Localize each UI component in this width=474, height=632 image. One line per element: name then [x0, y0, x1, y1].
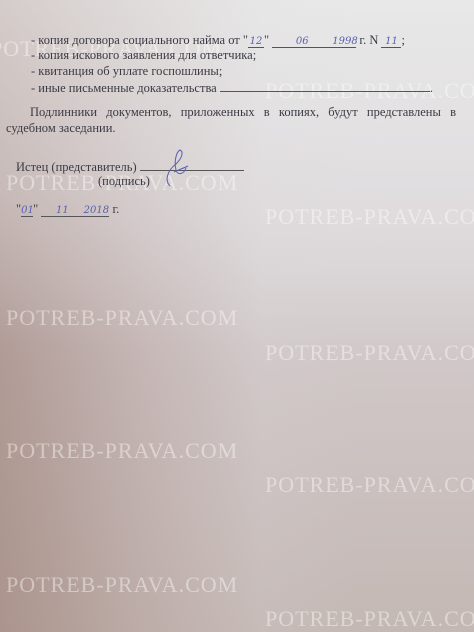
date-year: 2018 — [83, 205, 109, 217]
signature-line — [140, 158, 244, 171]
semicolon: ; — [401, 33, 404, 47]
originals-note: Подлинники документов, приложенных в коп… — [6, 104, 456, 136]
watermark: POTREB-PRAVA.COM — [6, 305, 238, 331]
signature-date: "01" 112018 г. — [16, 202, 119, 217]
plaintiff-label-text: Истец (представитель) — [16, 160, 137, 174]
year-abbrev: г. — [112, 202, 119, 216]
handwritten-signature — [160, 148, 190, 188]
date-day: 01 — [21, 205, 33, 217]
attachment-text: - иные письменные доказательства — [31, 81, 217, 95]
attachment-item-other-evidence: - иные письменные доказательства . — [31, 79, 433, 96]
quote-mark: " — [33, 202, 38, 216]
signature-caption: (подпись) — [98, 174, 150, 189]
attachment-item-fee-receipt: - квитанция об уплате госпошлины; — [31, 64, 222, 79]
contract-number: 11 — [381, 36, 401, 48]
watermark: POTREB-PRAVA.COM — [265, 472, 474, 498]
attachment-item-claim-copy: - копия искового заявления для ответчика… — [31, 48, 256, 63]
attachment-text: - копия договора социального найма от " — [31, 33, 248, 47]
contract-day: 12 — [248, 36, 264, 48]
plaintiff-label: Истец (представитель) — [16, 158, 244, 175]
contract-month: 06 — [272, 36, 332, 48]
attachment-item-contract: - копия договора социального найма от "1… — [31, 33, 405, 48]
watermark: POTREB-PRAVA.COM — [265, 340, 474, 366]
watermark: POTREB-PRAVA.COM — [6, 572, 238, 598]
period: . — [430, 81, 433, 95]
date-month: 11 — [41, 205, 83, 217]
watermark: POTREB-PRAVA.COM — [265, 606, 474, 632]
number-label: г. N — [359, 33, 378, 47]
watermark: POTREB-PRAVA.COM — [6, 438, 238, 464]
evidence-blank-line — [220, 79, 430, 92]
contract-year: 1998 — [332, 36, 356, 48]
watermark: POTREB-PRAVA.COM — [265, 204, 474, 230]
quote-mark: " — [264, 33, 269, 47]
